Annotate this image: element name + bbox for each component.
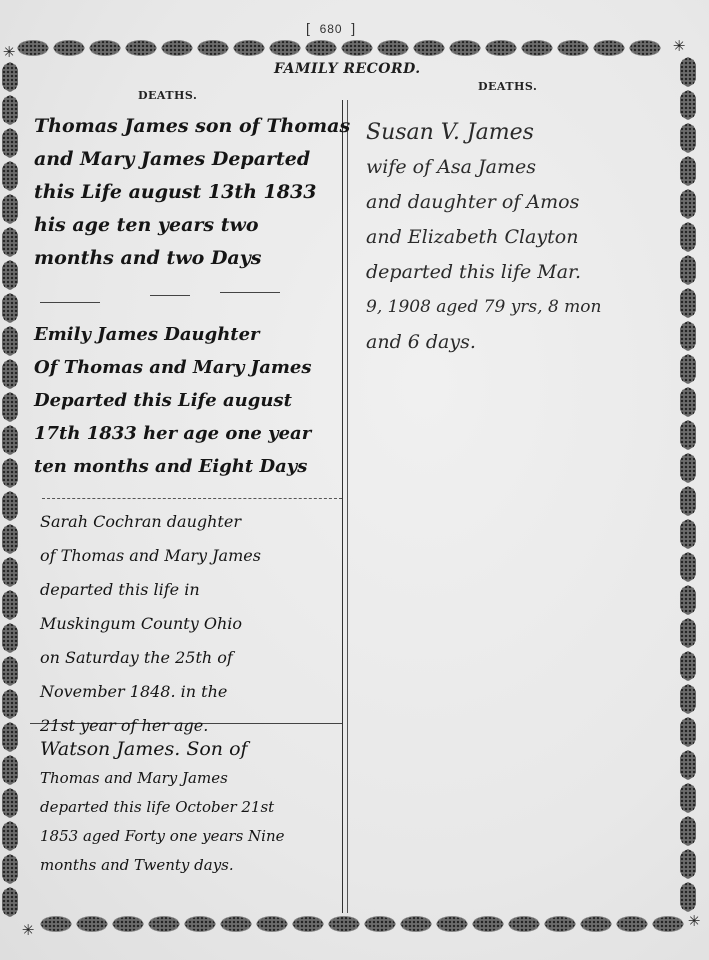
- border-ornament-icon: [2, 656, 18, 686]
- border-ornament-icon: [197, 40, 229, 56]
- border-ornament-icon: [2, 689, 18, 719]
- border-ornament-icon: [125, 40, 157, 56]
- border-ornament-icon: [680, 57, 696, 87]
- border-ornament-icon: [680, 123, 696, 153]
- border-ornament-icon: [256, 916, 288, 932]
- border-ornament-icon: [472, 916, 504, 932]
- border-ornament-icon: [341, 40, 373, 56]
- border-ornament-icon: [616, 916, 648, 932]
- border-ornament-icon: [2, 227, 18, 257]
- border-ornament-icon: [2, 194, 18, 224]
- border-ornament-icon: [17, 40, 49, 56]
- border-left-ornaments: [2, 62, 18, 920]
- left-column-heading: DEATHS.: [138, 89, 197, 102]
- border-ornament-icon: [2, 491, 18, 521]
- border-ornament-icon: [485, 40, 517, 56]
- corner-ornament-icon: ✳: [1, 44, 17, 60]
- border-ornament-icon: [2, 458, 18, 488]
- border-bottom-ornaments: [40, 916, 688, 932]
- border-ornament-icon: [269, 40, 301, 56]
- border-ornament-icon: [680, 486, 696, 516]
- border-ornament-icon: [680, 222, 696, 252]
- border-ornament-icon: [2, 359, 18, 389]
- border-ornament-icon: [2, 326, 18, 356]
- death-entry-sarah-cochran: Sarah Cochran daughter of Thomas and Mar…: [40, 505, 261, 743]
- border-ornament-icon: [680, 255, 696, 285]
- border-ornament-icon: [76, 916, 108, 932]
- border-ornament-icon: [593, 40, 625, 56]
- border-ornament-icon: [2, 392, 18, 422]
- corner-ornament-icon: ✳: [686, 913, 702, 929]
- death-entry-susan-james: Susan V. James wife of Asa James and dau…: [366, 115, 601, 360]
- border-ornament-icon: [40, 916, 72, 932]
- border-ornament-icon: [2, 62, 18, 92]
- border-ornament-icon: [680, 783, 696, 813]
- border-ornament-icon: [112, 916, 144, 932]
- border-ornament-icon: [2, 524, 18, 554]
- border-ornament-icon: [148, 916, 180, 932]
- border-ornament-icon: [413, 40, 445, 56]
- border-ornament-icon: [2, 887, 18, 917]
- border-top-ornaments: [17, 40, 665, 56]
- border-ornament-icon: [544, 916, 576, 932]
- border-ornament-icon: [680, 453, 696, 483]
- border-ornament-icon: [680, 816, 696, 846]
- border-ornament-icon: [2, 425, 18, 455]
- border-ornament-icon: [53, 40, 85, 56]
- border-ornament-icon: [680, 420, 696, 450]
- border-ornament-icon: [680, 156, 696, 186]
- border-ornament-icon: [680, 387, 696, 417]
- border-ornament-icon: [184, 916, 216, 932]
- entry-separator: [42, 498, 342, 499]
- corner-ornament-icon: ✳: [671, 38, 687, 54]
- border-ornament-icon: [400, 916, 432, 932]
- border-ornament-icon: [680, 882, 696, 912]
- border-ornament-icon: [629, 40, 661, 56]
- death-entry-emily-james: Emily James Daughter Of Thomas and Mary …: [34, 318, 312, 483]
- border-ornament-icon: [2, 788, 18, 818]
- border-ornament-icon: [680, 519, 696, 549]
- border-ornament-icon: [580, 916, 612, 932]
- border-ornament-icon: [680, 552, 696, 582]
- death-entry-watson-james: Watson James. Son of Thomas and Mary Jam…: [40, 735, 285, 880]
- border-ornament-icon: [652, 916, 684, 932]
- border-ornament-icon: [680, 288, 696, 318]
- border-ornament-icon: [680, 321, 696, 351]
- border-ornament-icon: [2, 557, 18, 587]
- border-ornament-icon: [2, 260, 18, 290]
- border-ornament-icon: [680, 651, 696, 681]
- page-title: FAMILY RECORD.: [274, 61, 421, 77]
- border-ornament-icon: [2, 590, 18, 620]
- border-ornament-icon: [2, 821, 18, 851]
- record-page: [ 680 ] ✳ ✳ ✳ ✳ FAMILY RECORD. DEATHS. D…: [0, 0, 709, 960]
- border-ornament-icon: [2, 161, 18, 191]
- border-ornament-icon: [436, 916, 468, 932]
- entry-separator: [40, 302, 100, 303]
- page-number: [ 680 ]: [306, 20, 356, 36]
- border-ornament-icon: [89, 40, 121, 56]
- border-ornament-icon: [2, 623, 18, 653]
- border-ornament-icon: [233, 40, 265, 56]
- border-ornament-icon: [680, 750, 696, 780]
- border-ornament-icon: [680, 189, 696, 219]
- border-ornament-icon: [364, 916, 396, 932]
- border-ornament-icon: [449, 40, 481, 56]
- border-ornament-icon: [328, 916, 360, 932]
- border-ornament-icon: [680, 849, 696, 879]
- border-ornament-icon: [161, 40, 193, 56]
- border-ornament-icon: [377, 40, 409, 56]
- death-entry-thomas-james: Thomas James son of Thomas and Mary Jame…: [34, 110, 350, 275]
- border-ornament-icon: [2, 722, 18, 752]
- border-ornament-icon: [305, 40, 337, 56]
- border-ornament-icon: [680, 90, 696, 120]
- border-ornament-icon: [521, 40, 553, 56]
- border-ornament-icon: [680, 717, 696, 747]
- border-ornament-icon: [680, 618, 696, 648]
- border-ornament-icon: [2, 128, 18, 158]
- right-column-heading: DEATHS.: [478, 80, 537, 93]
- border-ornament-icon: [680, 684, 696, 714]
- entry-separator: [150, 295, 190, 296]
- border-right-ornaments: [680, 57, 696, 915]
- entry-separator: [220, 292, 280, 293]
- border-ornament-icon: [2, 293, 18, 323]
- border-ornament-icon: [292, 916, 324, 932]
- border-ornament-icon: [557, 40, 589, 56]
- border-ornament-icon: [680, 354, 696, 384]
- border-ornament-icon: [508, 916, 540, 932]
- border-ornament-icon: [680, 585, 696, 615]
- border-ornament-icon: [2, 95, 18, 125]
- corner-ornament-icon: ✳: [20, 922, 36, 938]
- border-ornament-icon: [2, 854, 18, 884]
- border-ornament-icon: [220, 916, 252, 932]
- border-ornament-icon: [2, 755, 18, 785]
